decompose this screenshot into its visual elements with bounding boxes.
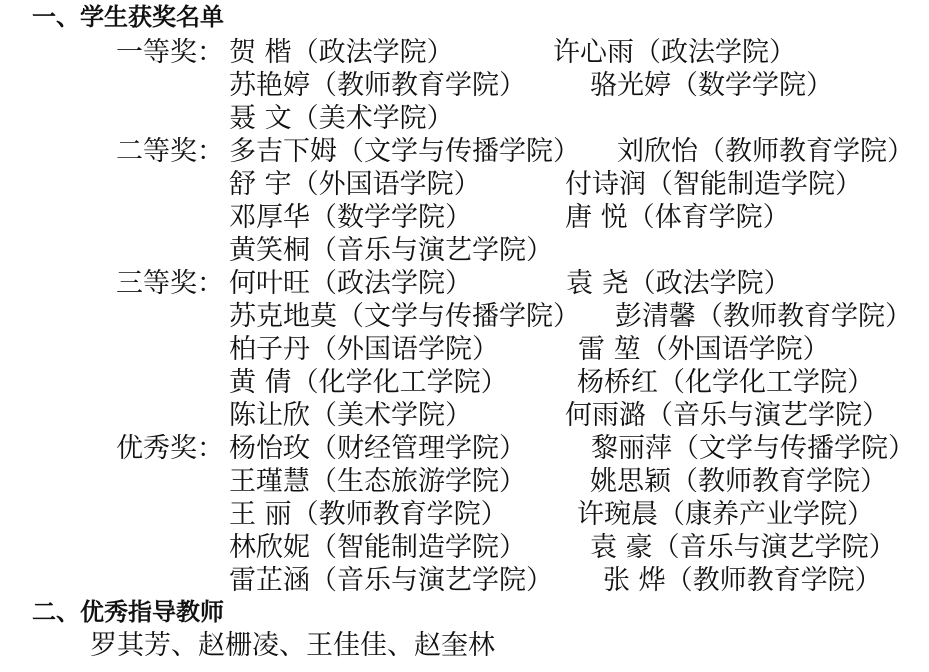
winner-entry: 骆光婷（数学学院） (590, 69, 833, 102)
winner-entry: 唐 悦（体育学院） (565, 201, 790, 234)
excellence-prize-row: 王 丽（教师教育学院）许琬晨（康养产业学院） (0, 498, 929, 531)
winner-entry: 何叶旺（政法学院） (229, 267, 472, 300)
winner-entry: 何雨潞（音乐与演艺学院） (565, 399, 889, 432)
winner-entry: 雷芷涵（音乐与演艺学院） (229, 564, 553, 597)
third-prize-row: 陈让欣（美术学院）何雨潞（音乐与演艺学院） (0, 399, 929, 432)
teacher-names: 罗其芳、赵栅凌、王佳佳、赵奎林 (90, 629, 495, 662)
winner-entry: 许心雨（政法学院） (553, 36, 796, 69)
section-heading-excellent-teachers: 二、优秀指导教师 (32, 596, 224, 629)
third-prize-row: 黄 倩（化学化工学院）杨桥红（化学化工学院） (0, 366, 929, 399)
first-prize-label: 一等奖： (116, 36, 224, 69)
winner-entry: 姚思颖（教师教育学院） (590, 465, 887, 498)
excellence-prize-row: 雷芷涵（音乐与演艺学院）张 烨（教师教育学院） (0, 564, 929, 597)
winner-entry: 聂 文（美术学院） (229, 102, 454, 135)
winner-entry: 邓厚华（数学学院） (229, 201, 472, 234)
first-prize-row: 一等奖：贺 楷（政法学院）许心雨（政法学院） (0, 36, 929, 69)
winner-entry: 刘欣怡（教师教育学院） (617, 135, 914, 168)
winner-entry: 黎丽萍（文学与传播学院） (591, 432, 915, 465)
winner-entry: 袁 尧（政法学院） (566, 267, 791, 300)
winner-entry: 舒 宇（外国语学院） (229, 168, 481, 201)
winner-entry: 苏艳婷（教师教育学院） (229, 69, 526, 102)
winner-entry: 林欣妮（智能制造学院） (229, 531, 526, 564)
second-prize-row: 邓厚华（数学学院）唐 悦（体育学院） (0, 201, 929, 234)
winner-entry: 多吉下姆（文学与传播学院） (229, 135, 580, 168)
winner-entry: 彭清馨（教师教育学院） (615, 300, 912, 333)
winner-entry: 王 丽（教师教育学院） (229, 498, 508, 531)
third-prize-label: 三等奖： (116, 267, 224, 300)
second-prize-row: 黄笑桐（音乐与演艺学院） (0, 234, 929, 267)
winner-entry: 杨桥红（化学化工学院） (577, 366, 874, 399)
winner-entry: 柏子丹（外国语学院） (229, 333, 499, 366)
second-prize-label: 二等奖： (116, 135, 224, 168)
excellence-prize-label: 优秀奖： (116, 432, 224, 465)
third-prize-row: 苏克地莫（文学与传播学院）彭清馨（教师教育学院） (0, 300, 929, 333)
third-prize-row: 三等奖：何叶旺（政法学院）袁 尧（政法学院） (0, 267, 929, 300)
third-prize-row: 柏子丹（外国语学院）雷 堃（外国语学院） (0, 333, 929, 366)
first-prize-row: 苏艳婷（教师教育学院）骆光婷（数学学院） (0, 69, 929, 102)
winner-entry: 黄笑桐（音乐与演艺学院） (229, 234, 553, 267)
excellence-prize-row: 林欣妮（智能制造学院）袁 豪（音乐与演艺学院） (0, 531, 929, 564)
winner-entry: 雷 堃（外国语学院） (578, 333, 830, 366)
winner-entry: 付诗润（智能制造学院） (565, 168, 862, 201)
excellence-prize-row: 王瑾慧（生态旅游学院）姚思颖（教师教育学院） (0, 465, 929, 498)
winner-entry: 张 烨（教师教育学院） (603, 564, 882, 597)
winner-entry: 许琬晨（康养产业学院） (577, 498, 874, 531)
winner-entry: 黄 倩（化学化工学院） (229, 366, 508, 399)
excellence-prize-row: 优秀奖：杨怡玫（财经管理学院）黎丽萍（文学与传播学院） (0, 432, 929, 465)
first-prize-row: 聂 文（美术学院） (0, 102, 929, 135)
winner-entry: 王瑾慧（生态旅游学院） (229, 465, 526, 498)
second-prize-row: 舒 宇（外国语学院）付诗润（智能制造学院） (0, 168, 929, 201)
winner-entry: 贺 楷（政法学院） (229, 36, 454, 69)
winner-entry: 苏克地莫（文学与传播学院） (229, 300, 580, 333)
second-prize-row: 二等奖：多吉下姆（文学与传播学院）刘欣怡（教师教育学院） (0, 135, 929, 168)
section-heading-student-awards: 一、学生获奖名单 (32, 1, 224, 34)
winner-entry: 陈让欣（美术学院） (229, 399, 472, 432)
winner-entry: 杨怡玫（财经管理学院） (229, 432, 526, 465)
winner-entry: 袁 豪（音乐与演艺学院） (590, 531, 896, 564)
